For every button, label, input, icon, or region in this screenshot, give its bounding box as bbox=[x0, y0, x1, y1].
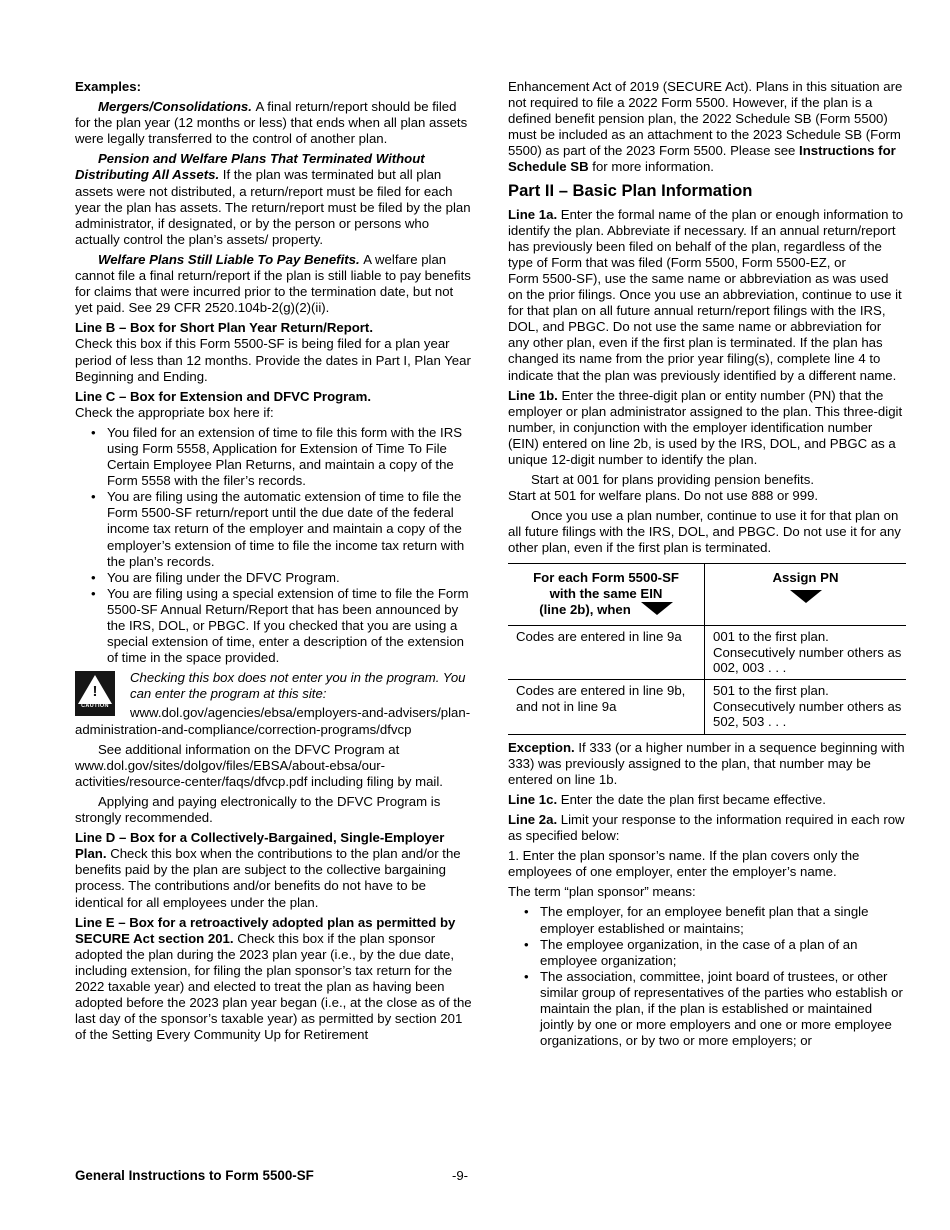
text-run: You are filing under the DFVC Program. bbox=[107, 570, 340, 585]
text-run: The employee organization, in the case o… bbox=[540, 937, 857, 968]
cell-line: Codes are entered in line 9a bbox=[516, 629, 682, 644]
paragraph: Enhancement Act of 2019 (SECURE Act). Pl… bbox=[508, 79, 906, 176]
bullet-list: The employer, for an employee benefit pl… bbox=[508, 904, 906, 1049]
text-run: The term “plan sponsor” means: bbox=[508, 884, 696, 899]
cell-line: and not in line 9a bbox=[516, 699, 616, 714]
right-column: Enhancement Act of 2019 (SECURE Act). Pl… bbox=[508, 79, 906, 1053]
list-item: The association, committee, joint board … bbox=[508, 969, 906, 1049]
text-run: for more information. bbox=[589, 159, 714, 174]
table-cell: Codes are entered in line 9b,and not in … bbox=[508, 680, 705, 734]
text-run: Line 2a. bbox=[508, 812, 561, 827]
table-cell: 501 to the first plan.Consecutively numb… bbox=[705, 680, 907, 734]
text-run: Start at 001 for plans providing pension… bbox=[531, 472, 814, 487]
cell-line: Codes are entered in line 9b, bbox=[516, 683, 685, 698]
paragraph: Line 2a. Limit your response to the info… bbox=[508, 812, 906, 844]
paragraph: Mergers/Consolidations. A final return/r… bbox=[75, 99, 472, 147]
paragraph: Line 1c. Enter the date the plan first b… bbox=[508, 792, 906, 808]
text-run: Line 1a. bbox=[508, 207, 561, 222]
list-item: The employee organization, in the case o… bbox=[508, 937, 906, 969]
section-heading: Part II – Basic Plan Information bbox=[508, 181, 906, 201]
text-run: 1. Enter the plan sponsor’s name. If the… bbox=[508, 848, 859, 879]
text-run: Enter the three-digit plan or entity num… bbox=[508, 388, 902, 467]
left-column: Examples:Mergers/Consolidations. A final… bbox=[75, 79, 472, 1047]
text-run: Exception. bbox=[508, 740, 578, 755]
table-header-row: For each Form 5500-SFwith the same EIN(l… bbox=[508, 563, 906, 626]
paragraph: Line D – Box for a Collectively-Bargaine… bbox=[75, 830, 472, 910]
cell-line: with the same EIN bbox=[550, 586, 663, 601]
paragraph: 1. Enter the plan sponsor’s name. If the… bbox=[508, 848, 906, 880]
table-cell: 001 to the first plan.Consecutively numb… bbox=[705, 626, 907, 680]
footer-title: General Instructions to Form 5500-SF bbox=[75, 1168, 314, 1183]
text-run: Check this box if the plan sponsor adopt… bbox=[75, 931, 472, 1043]
text-run: Enter the date the plan first became eff… bbox=[561, 792, 826, 807]
cell-line: (line 2b), when bbox=[539, 602, 631, 617]
list-item: You are filing using a special extension… bbox=[75, 586, 472, 666]
caution-icon: !CAUTION bbox=[75, 671, 115, 716]
paragraph: Start at 001 for plans providing pension… bbox=[508, 472, 906, 504]
bullet-list: You filed for an extension of time to fi… bbox=[75, 425, 472, 666]
paragraph: Line B – Box for Short Plan Year Return/… bbox=[75, 320, 472, 384]
page-number: -9- bbox=[427, 1168, 493, 1183]
caution-label: CAUTION bbox=[75, 698, 115, 714]
text-run: Check the appropriate box here if: bbox=[75, 405, 274, 420]
text-run: Limit your response to the information r… bbox=[508, 812, 905, 843]
paragraph: Applying and paying electronically to th… bbox=[75, 794, 472, 826]
header-line: Assign PN bbox=[773, 570, 839, 585]
paragraph: Welfare Plans Still Liable To Pay Benefi… bbox=[75, 252, 472, 316]
down-triangle-icon bbox=[641, 602, 673, 615]
paragraph: Pension and Welfare Plans That Terminate… bbox=[75, 151, 472, 248]
paragraph: The term “plan sponsor” means: bbox=[508, 884, 906, 900]
list-item: You filed for an extension of time to fi… bbox=[75, 425, 472, 489]
paragraph: Line 1b. Enter the three-digit plan or e… bbox=[508, 388, 906, 468]
text-run: Mergers/Consolidations. bbox=[98, 99, 256, 114]
caution-text: Checking this box does not enter you in … bbox=[75, 670, 472, 702]
text-run: You are filing using the automatic exten… bbox=[107, 489, 464, 568]
text-run: See additional information on the DFVC P… bbox=[75, 742, 443, 789]
list-item: You are filing under the DFVC Program. bbox=[75, 570, 472, 586]
cell-line: 502, 503 . . . bbox=[713, 714, 786, 729]
paragraph: See additional information on the DFVC P… bbox=[75, 742, 472, 790]
text-run: Line 1c. bbox=[508, 792, 561, 807]
text-run: The association, committee, joint board … bbox=[540, 969, 903, 1048]
table-cell: Codes are entered in line 9a bbox=[508, 626, 705, 680]
table-row: Codes are entered in line 9b,and not in … bbox=[508, 680, 906, 734]
cell-line: 501 to the first plan. bbox=[713, 683, 829, 698]
text-run: Line C – Box for Extension and DFVC Prog… bbox=[75, 389, 371, 404]
list-item: You are filing using the automatic exten… bbox=[75, 489, 472, 569]
document-page: Examples:Mergers/Consolidations. A final… bbox=[0, 0, 950, 1230]
text-run: Start at 501 for welfare plans. Do not u… bbox=[508, 488, 818, 503]
url-text: www.dol.gov/agencies/ebsa/employers-and-… bbox=[75, 705, 472, 737]
paragraph: Once you use a plan number, continue to … bbox=[508, 508, 906, 556]
text-run: Once you use a plan number, continue to … bbox=[508, 508, 901, 555]
text-run: The employer, for an employee benefit pl… bbox=[540, 904, 868, 935]
paragraph: Line C – Box for Extension and DFVC Prog… bbox=[75, 389, 472, 421]
cell-line: 001 to the first plan. bbox=[713, 629, 829, 644]
pn-assignment-table: For each Form 5500-SFwith the same EIN(l… bbox=[508, 563, 906, 735]
down-triangle-icon bbox=[790, 590, 822, 603]
sub-heading: Examples: bbox=[75, 79, 472, 95]
text-run: Check this box if this Form 5500-SF is b… bbox=[75, 336, 471, 383]
text-run: You are filing using a special extension… bbox=[107, 586, 469, 665]
text-run: Line 1b. bbox=[508, 388, 562, 403]
paragraph: Line E – Box for a retroactively adopted… bbox=[75, 915, 472, 1044]
cell-line: Consecutively number others as bbox=[713, 699, 901, 714]
cell-line: Consecutively number others as bbox=[713, 645, 901, 660]
cell-line: 002, 003 . . . bbox=[713, 660, 786, 675]
caution-note: !CAUTIONChecking this box does not enter… bbox=[75, 670, 472, 737]
text-run: Form 5500-SF), use the same name or abbr… bbox=[508, 271, 902, 383]
paragraph: Line 1a. Enter the formal name of the pl… bbox=[508, 207, 906, 384]
text-run: Line B – Box for Short Plan Year Return/… bbox=[75, 320, 373, 335]
paragraph: Exception. If 333 (or a higher number in… bbox=[508, 740, 906, 788]
text-run: Applying and paying electronically to th… bbox=[75, 794, 440, 825]
text-run: Welfare Plans Still Liable To Pay Benefi… bbox=[98, 252, 363, 267]
table-header-cell: Assign PN bbox=[705, 563, 907, 626]
text-run: Check this box when the contributions to… bbox=[75, 846, 461, 909]
list-item: The employer, for an employee benefit pl… bbox=[508, 904, 906, 936]
table-row: Codes are entered in line 9a001 to the f… bbox=[508, 626, 906, 680]
cell-line: For each Form 5500-SF bbox=[533, 570, 679, 585]
table-header-cell: For each Form 5500-SFwith the same EIN(l… bbox=[508, 563, 705, 626]
text-run: Enter the formal name of the plan or eno… bbox=[508, 207, 903, 270]
arrow-wrap bbox=[707, 590, 904, 607]
text-run: You filed for an extension of time to fi… bbox=[107, 425, 462, 488]
